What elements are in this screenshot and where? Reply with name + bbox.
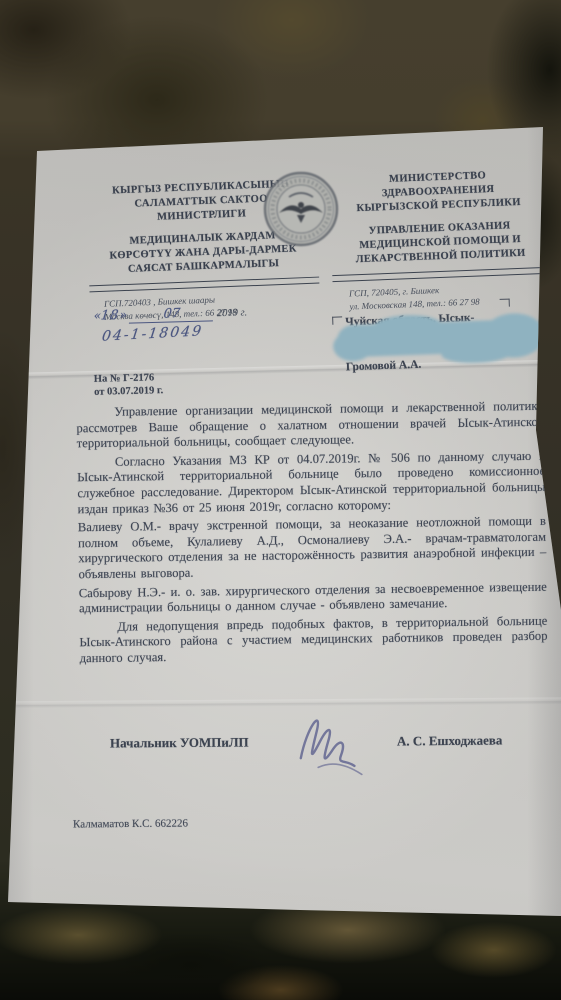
reference-block: На № Г-2176 от 03.07.2019 г. (94, 371, 164, 399)
address-field-corner-mark (500, 299, 510, 307)
body-paragraph: Валиеву О.М.- врачу экстренной помощи, з… (78, 514, 547, 583)
letter-paper: КЫРГЫЗ РЕСПУБЛИКАСЫНЫН САЛАМАТТЫК САКТОО… (0, 0, 561, 1000)
handwritten-month: 07 (129, 305, 215, 323)
body-paragraph: Управление организации медицинской помощ… (76, 399, 545, 452)
addressee-block: Чуйская область, Ысык- Громовой А.А. (332, 294, 551, 385)
signer-name: А. С. Ешходжаева (397, 732, 503, 749)
handwritten-day: 18 (100, 308, 120, 324)
letter-body: Управление организации медицинской помощ… (76, 399, 548, 670)
reference-date-line: от 03.07.2019 г. (94, 384, 163, 399)
signature-icon (273, 694, 383, 789)
letterhead-right-column: МИНИСТЕРСТВО ЗДРАВООХРАНЕНИЯ КЫРГЫЗСКОЙ … (328, 167, 551, 313)
addressee-name-line: Громовой А.А. (346, 359, 422, 374)
printed-year: 2019 г. (217, 307, 248, 319)
address-field-corner-mark (332, 316, 342, 324)
body-paragraph: Сабырову Н.Э.- и. о. зав. хирургического… (79, 579, 547, 617)
body-paragraph: Согласно Указания МЗ КР от 04.07.2019г. … (77, 449, 546, 518)
handwritten-quote: » (119, 308, 127, 322)
executor-line: Калмаматов К.С. 662226 (73, 817, 188, 830)
outgoing-date-block: «18» 07 2019 г. 04-1-18049 (94, 303, 285, 342)
body-paragraph: Для недопущения впредь подобных фактов, … (79, 613, 548, 666)
photo-of-letter-on-carpet: КЫРГЫЗ РЕСПУБЛИКАСЫНЫН САЛАМАТТЫК САКТОО… (0, 0, 561, 1000)
letterhead-divider-rule (332, 267, 550, 282)
signer-title: Начальник УОМПиЛП (110, 735, 249, 752)
